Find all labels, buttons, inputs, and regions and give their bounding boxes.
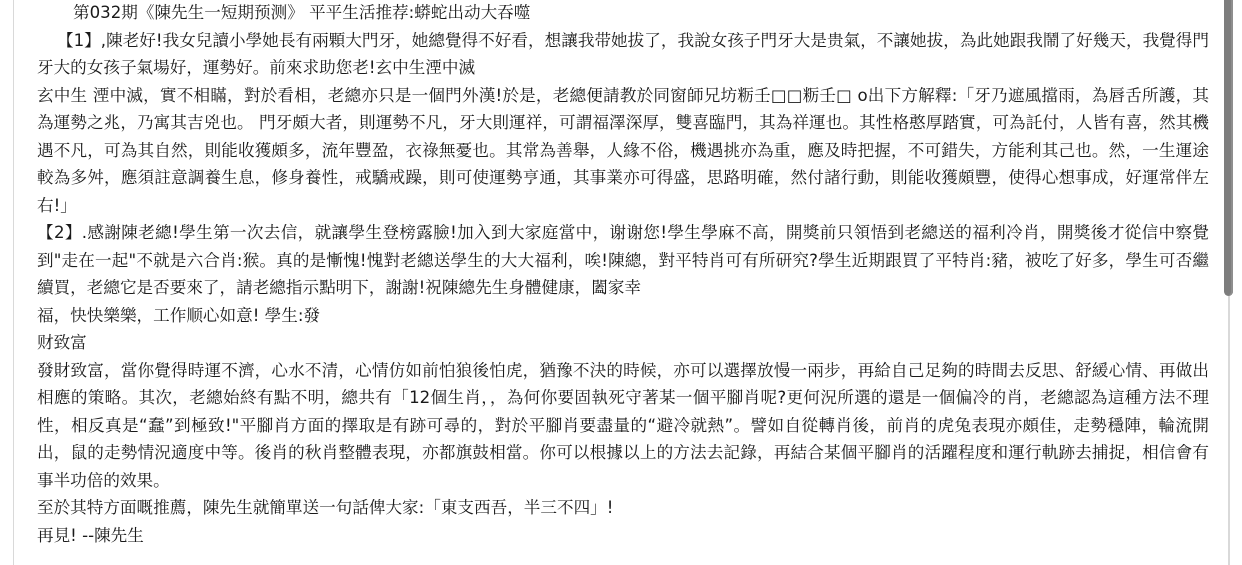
question-2-signature: 财致富 [37,329,1209,357]
answer-2: 發財致富，當你覺得時運不濟，心水不清，心情仿如前怕狼後怕虎，猶豫不決的時候，亦可… [37,357,1209,495]
question-2-tail: 福，快快樂樂，工作顺心如意! 學生:發 [37,302,1209,330]
signoff: 再見! --陳先生 [37,522,1209,550]
answer-1: 玄中生 湮中滅，實不相瞞，對於看相，老總亦只是一個門外漢!於是，老總便請教於同窗… [37,82,1209,220]
scrollbar-thumb[interactable] [1224,0,1233,296]
special-recommendation: 至於其特方面嘅推薦，陳先生就簡單送一句話俾大家:「東支西吾，半三不四」! [37,494,1209,522]
question-1: 【1】,陳老好!我女兒讀小學她長有兩顆大門牙，她總覺得不好看，想讓我带她拔了，我… [37,27,1209,82]
question-2: 【2】.感謝陳老總!學生第一次去信，就讓學生登榜露臉!加入到大家庭當中，谢谢您!… [37,219,1209,302]
article-frame: 第032期《陳先生一短期预测》 平平生活推荐:蟒蛇出动大吞噬 【1】,陳老好!我… [13,0,1229,565]
article-content: 第032期《陳先生一短期预测》 平平生活推荐:蟒蛇出动大吞噬 【1】,陳老好!我… [37,0,1209,549]
article-title: 第032期《陳先生一短期预测》 平平生活推荐:蟒蛇出动大吞噬 [37,0,1209,27]
